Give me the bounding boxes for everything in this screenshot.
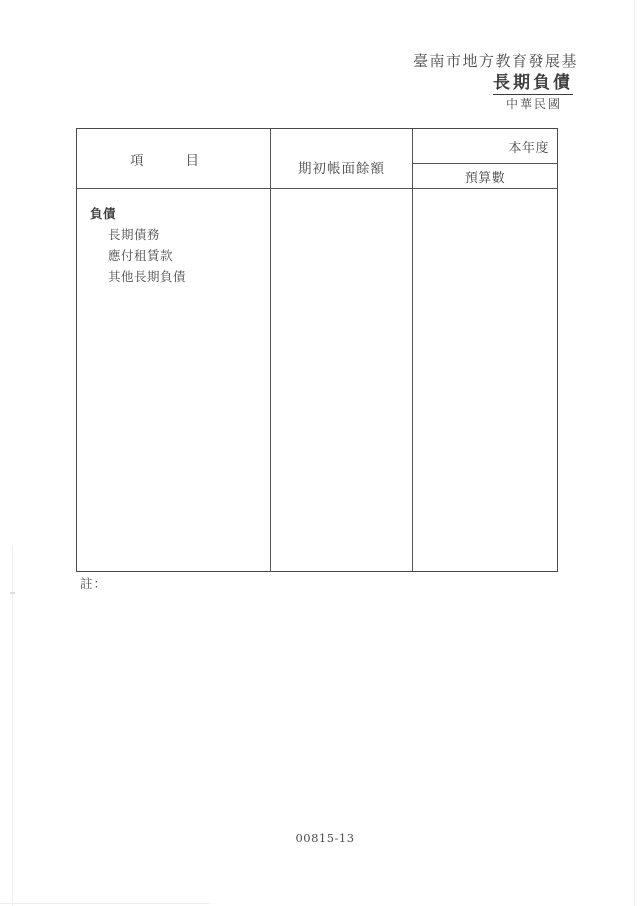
document-header: 臺南市地方教育發展基 長期負債 中華民國 (413, 53, 578, 111)
scan-artifact-bottom-edge (0, 903, 210, 904)
note-label: 註： (80, 574, 107, 592)
report-title: 長期負債 (413, 74, 578, 93)
table-row-other-long-term-liabilities: 其他長期負債 (77, 266, 270, 287)
page-number: 00815-13 (285, 831, 365, 845)
beginning-balance-column-header: 期初帳面餘額 (271, 129, 413, 189)
scan-artifact-left-edge (12, 545, 13, 906)
scan-artifact-left-tick (10, 592, 15, 594)
report-title-text: 長期負債 (493, 73, 573, 95)
budget-amount-header-cell: 預算數 (413, 164, 557, 188)
item-list-cell: 負債 長期債務 應付租賃款 其他長期負債 (77, 189, 271, 571)
current-year-column-header: 本年度 預算數 (413, 129, 557, 189)
item-header-char-1: 項 (130, 149, 144, 169)
era-label: 中華民國 (413, 98, 578, 111)
scanned-budget-form-page: 臺南市地方教育發展基 長期負債 中華民國 項 目 期初帳面餘額 本年度 預算數 … (0, 0, 640, 906)
table-row-liabilities-group: 負債 (77, 203, 270, 224)
item-column-header: 項 目 (77, 129, 271, 189)
beginning-balance-header-text: 期初帳面餘額 (298, 157, 385, 177)
current-year-header-cell: 本年度 (413, 129, 557, 164)
budget-amount-header-text: 預算數 (465, 167, 506, 186)
budget-amount-value-cell (413, 189, 557, 571)
liabilities-table: 項 目 期初帳面餘額 本年度 預算數 負債 長期債務 應付租賃款 其他長期負債 (76, 128, 558, 572)
scan-artifact-right-edge (634, 0, 635, 906)
fund-name-title: 臺南市地方教育發展基 (413, 53, 578, 70)
beginning-balance-value-cell (271, 189, 413, 571)
current-year-header-text: 本年度 (508, 137, 549, 156)
table-row-long-term-debt: 長期債務 (77, 224, 270, 245)
table-row-lease-payable: 應付租賃款 (77, 245, 270, 266)
item-header-char-2: 目 (186, 149, 200, 169)
